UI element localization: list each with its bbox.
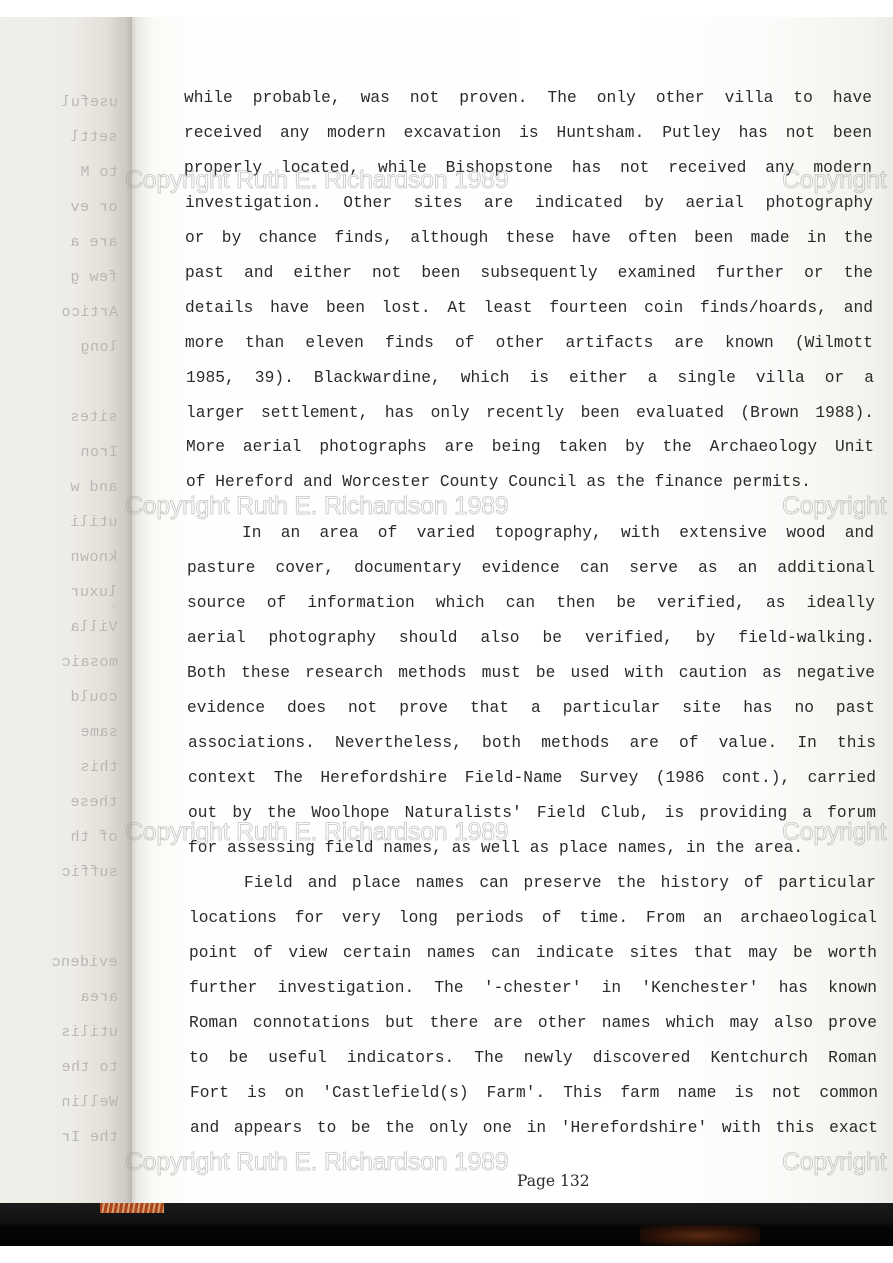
bleed-through-text: sites (70, 409, 118, 426)
bleed-through-text: Wellin (61, 1094, 118, 1111)
bleed-through-text: mosaic (61, 654, 118, 671)
bleed-through-text: or ev (70, 199, 118, 216)
bleed-through-text: these (70, 794, 118, 811)
watermark: Copyright Ruth E. Richardson 1989 (125, 818, 508, 847)
text-line: source of information which can then be … (187, 594, 875, 612)
page-number: Page 132 (517, 1172, 590, 1190)
text-line: Field and place names can preserve the h… (244, 874, 876, 892)
text-line: of Hereford and Worcester County Council… (186, 473, 874, 491)
text-line: and appears to be the only one in 'Heref… (190, 1119, 878, 1137)
bleed-through-text: suffic (61, 864, 118, 881)
text-line: Fort is on 'Castlefield(s) Farm'. This f… (190, 1084, 878, 1102)
text-line: aerial photography should also be verifi… (187, 629, 875, 647)
bleed-through-text: and w (70, 479, 118, 496)
bleed-through-text: luxur (70, 584, 118, 601)
text-line: or by chance finds, although these have … (185, 229, 873, 247)
bleed-through-text: utilis (61, 1024, 118, 1041)
bleed-through-text: could (70, 689, 118, 706)
watermark: Copyright Ruth E. Richardson 1989 (125, 1148, 508, 1177)
watermark: Copyright Ruth E. Richardson 1989 (125, 492, 508, 521)
text-line: associations. Nevertheless, both methods… (188, 734, 876, 752)
watermark-right: Copyright (782, 1148, 886, 1177)
bleed-through-text: Iron (80, 444, 118, 461)
bleed-through-text: few g (70, 269, 118, 286)
bleed-through-text: area (80, 989, 118, 1006)
text-line: locations for very long periods of time.… (189, 909, 877, 927)
bleed-through-text: the Ir (61, 1129, 118, 1146)
bleed-through-text: to M (80, 164, 118, 181)
text-line: further investigation. The '-chester' in… (189, 979, 877, 997)
watermark-right: Copyright (782, 492, 886, 521)
facing-page-bleed: usefulsettlto Mor evare afew gArticolong… (0, 17, 132, 1203)
text-line: evidence does not prove that a particula… (187, 699, 875, 717)
text-line: while probable, was not proven. The only… (184, 89, 872, 107)
text-line: details have been lost. At least fourtee… (185, 299, 873, 317)
edge-mark: c~ (112, 601, 121, 610)
bleed-through-text: Villa (70, 619, 118, 636)
watermark-right: Copyright (782, 818, 886, 847)
text-line: More aerial photographs are being taken … (186, 438, 874, 456)
text-line: In an area of varied topography, with ex… (242, 524, 874, 542)
watermark-right: Copyright (782, 166, 886, 195)
text-line: investigation. Other sites are indicated… (185, 194, 873, 212)
bleed-through-text: same (80, 724, 118, 741)
text-line: past and either not been subsequently ex… (185, 264, 873, 282)
bleed-through-text: useful (61, 94, 118, 111)
text-line: received any modern excavation is Huntsh… (184, 124, 872, 142)
bleed-through-text: utili (70, 514, 118, 531)
text-line: larger settlement, has only recently bee… (186, 404, 874, 422)
text-line: 1985, 39). Blackwardine, which is either… (186, 369, 874, 387)
text-line: more than eleven finds of other artifact… (185, 334, 873, 352)
text-line: Both these research methods must be used… (187, 664, 875, 682)
text-line: Roman connotations but there are other n… (189, 1014, 877, 1032)
bleed-through-text: this (80, 759, 118, 776)
bleed-through-text: long (80, 339, 118, 356)
bleed-through-text: settl (70, 129, 118, 146)
bleed-through-text: of th (70, 829, 118, 846)
watermark: Copyright Ruth E. Richardson 1989 (125, 166, 508, 195)
bookmark-ribbon (100, 1203, 164, 1213)
text-line: pasture cover, documentary evidence can … (187, 559, 875, 577)
text-line: context The Herefordshire Field-Name Sur… (188, 769, 876, 787)
bleed-through-text: are a (70, 234, 118, 251)
bleed-through-text: known (70, 549, 118, 566)
binding-glow (640, 1225, 760, 1246)
bleed-through-text: Artico (61, 304, 118, 321)
text-line: point of view certain names can indicate… (189, 944, 877, 962)
text-line: to be useful indicators. The newly disco… (189, 1049, 877, 1067)
bleed-through-text: evidenc (51, 954, 118, 971)
bleed-through-text: to the (61, 1059, 118, 1076)
